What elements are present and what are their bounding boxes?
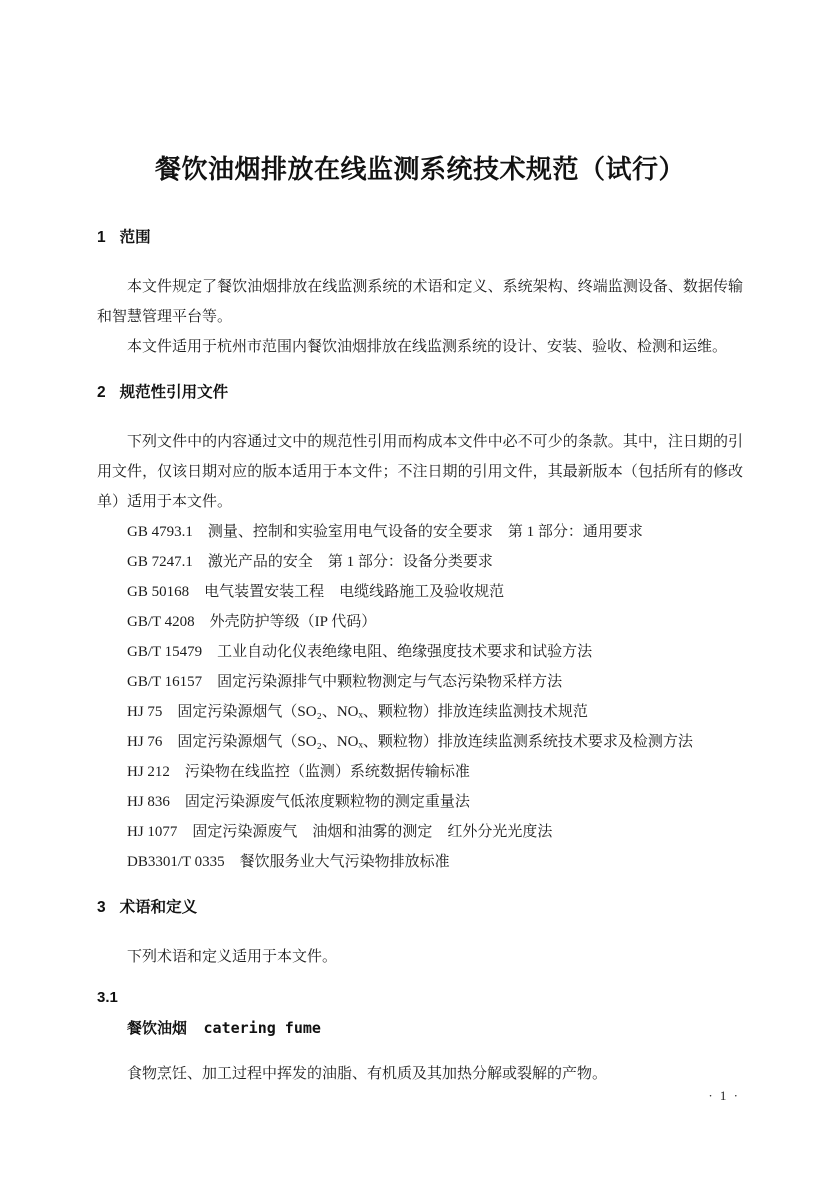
term-english: catering fume: [204, 1019, 321, 1037]
section-1-paragraph-1: 本文件规定了餐饮油烟排放在线监测系统的术语和定义、系统架构、终端监测设备、数据传…: [97, 272, 743, 332]
document-page: 餐饮油烟排放在线监测系统技术规范（试行） 1范围 本文件规定了餐饮油烟排放在线监…: [0, 0, 840, 1188]
reference-title: 测量、控制和实验室用电气设备的安全要求 第 1 部分：通用要求: [208, 524, 643, 540]
term-heading: 餐饮油烟catering fume: [97, 1013, 743, 1044]
reference-code: GB 50168: [127, 584, 189, 600]
section-3-number: 3: [97, 899, 106, 916]
reference-title: 固定污染源烟气（SO₂、NOₓ、颗粒物）排放连续监测系统技术要求及检测方法: [177, 734, 692, 750]
reference-item: GB/T 16157固定污染源排气中颗粒物测定与气态污染物采样方法: [97, 667, 743, 697]
reference-code: GB/T 15479: [127, 644, 202, 660]
reference-item: HJ 76固定污染源烟气（SO₂、NOₓ、颗粒物）排放连续监测系统技术要求及检测…: [97, 727, 743, 757]
term-chinese: 餐饮油烟: [127, 1020, 187, 1037]
normative-reference-list: GB 4793.1测量、控制和实验室用电气设备的安全要求 第 1 部分：通用要求…: [97, 517, 743, 877]
reference-item: GB/T 4208外壳防护等级（IP 代码）: [97, 607, 743, 637]
reference-item: GB/T 15479工业自动化仪表绝缘电阻、绝缘强度技术要求和试验方法: [97, 637, 743, 667]
section-1-number: 1: [97, 229, 106, 246]
reference-code: HJ 76: [127, 734, 162, 750]
page-number: · 1 ·: [708, 1088, 740, 1104]
reference-item: GB 4793.1测量、控制和实验室用电气设备的安全要求 第 1 部分：通用要求: [97, 517, 743, 547]
reference-title: 固定污染源废气 油烟和油雾的测定 红外分光光度法: [192, 824, 552, 840]
reference-code: GB/T 16157: [127, 674, 202, 690]
reference-title: 激光产品的安全 第 1 部分：设备分类要求: [208, 554, 493, 570]
reference-title: 外壳防护等级（IP 代码）: [210, 614, 377, 630]
reference-code: HJ 212: [127, 764, 170, 780]
reference-title: 电气装置安装工程 电缆线路施工及验收规范: [204, 584, 504, 600]
section-2-intro: 下列文件中的内容通过文中的规范性引用而构成本文件中必不可少的条款。其中，注日期的…: [97, 427, 743, 517]
reference-item: GB 50168电气装置安装工程 电缆线路施工及验收规范: [97, 577, 743, 607]
reference-title: 污染物在线监控（监测）系统数据传输标准: [185, 764, 470, 780]
document-title: 餐饮油烟排放在线监测系统技术规范（试行）: [97, 150, 743, 188]
reference-title: 固定污染源排气中颗粒物测定与气态污染物采样方法: [217, 674, 562, 690]
term-definition: 食物烹饪、加工过程中挥发的油脂、有机质及其加热分解或裂解的产物。: [97, 1059, 743, 1089]
reference-title: 固定污染源烟气（SO₂、NOₓ、颗粒物）排放连续监测技术规范: [177, 704, 587, 720]
reference-item: DB3301/T 0335餐饮服务业大气污染物排放标准: [97, 847, 743, 877]
reference-code: HJ 836: [127, 794, 170, 810]
reference-title: 餐饮服务业大气污染物排放标准: [240, 854, 450, 870]
section-1-title: 范围: [120, 229, 151, 246]
reference-code: HJ 75: [127, 704, 162, 720]
reference-item: HJ 212污染物在线监控（监测）系统数据传输标准: [97, 757, 743, 787]
section-2-heading: 2规范性引用文件: [97, 383, 743, 403]
reference-code: DB3301/T 0335: [127, 854, 225, 870]
section-1-paragraph-2: 本文件适用于杭州市范围内餐饮油烟排放在线监测系统的设计、安装、验收、检测和运维。: [97, 332, 743, 362]
reference-item: HJ 836固定污染源废气低浓度颗粒物的测定重量法: [97, 787, 743, 817]
reference-code: HJ 1077: [127, 824, 177, 840]
reference-item: HJ 1077固定污染源废气 油烟和油雾的测定 红外分光光度法: [97, 817, 743, 847]
reference-item: GB 7247.1激光产品的安全 第 1 部分：设备分类要求: [97, 547, 743, 577]
reference-item: HJ 75固定污染源烟气（SO₂、NOₓ、颗粒物）排放连续监测技术规范: [97, 697, 743, 727]
section-3-intro: 下列术语和定义适用于本文件。: [97, 942, 743, 972]
reference-code: GB/T 4208: [127, 614, 195, 630]
reference-title: 工业自动化仪表绝缘电阻、绝缘强度技术要求和试验方法: [217, 644, 592, 660]
section-3-heading: 3术语和定义: [97, 898, 743, 918]
section-2-number: 2: [97, 384, 106, 401]
clause-3-1-number: 3.1: [97, 988, 743, 1008]
reference-code: GB 7247.1: [127, 554, 193, 570]
reference-title: 固定污染源废气低浓度颗粒物的测定重量法: [185, 794, 470, 810]
section-3-title: 术语和定义: [120, 899, 198, 916]
section-1-heading: 1范围: [97, 228, 743, 248]
section-2-title: 规范性引用文件: [120, 384, 229, 401]
reference-code: GB 4793.1: [127, 524, 193, 540]
